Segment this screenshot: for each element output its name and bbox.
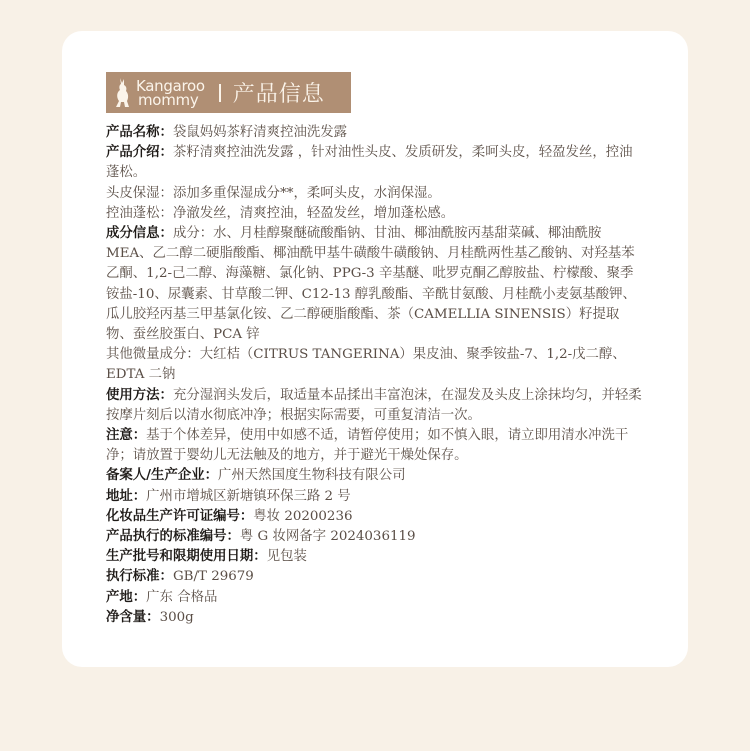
- info-row-standard-no: 产品执行的标准编号：粤 G 妆网备字 2024036119: [106, 527, 644, 547]
- info-label: 成分信息：: [106, 226, 173, 241]
- info-row-net: 净含量：300g: [106, 608, 644, 628]
- info-row-caution: 注意：基于个体差异，使用中如感不适，请暂停使用；如不慎入眼，请立即用清水冲洗干净…: [106, 426, 644, 466]
- info-row-batch: 生产批号和限期使用日期：见包装: [106, 547, 644, 567]
- brand-logo-text: Kangaroo mommy: [136, 79, 205, 107]
- info-value: 广州天然国度生物科技有限公司: [218, 468, 405, 483]
- brand-line-2: mommy: [138, 93, 205, 107]
- info-label: 产品名称：: [106, 125, 173, 140]
- info-row-origin: 产地：广东 合格品: [106, 588, 644, 608]
- info-label: 生产批号和限期使用日期：: [106, 549, 267, 564]
- info-label: 头皮保湿：: [106, 186, 173, 201]
- info-value: 粤妆 20200236: [253, 509, 352, 524]
- info-row-exec-standard: 执行标准：GB/T 29679: [106, 567, 644, 587]
- info-value: 300g: [160, 610, 194, 625]
- info-row-trace: 其他微量成分：大红桔（CITRUS TANGERINA）果皮油、聚季铵盐-7、1…: [106, 345, 644, 385]
- info-row-scalp: 头皮保湿：添加多重保湿成分**，柔呵头皮，水润保湿。: [106, 184, 644, 204]
- info-label: 使用方法：: [106, 388, 173, 403]
- info-row-ingredients: 成分信息：成分：水、月桂醇聚醚硫酸酯钠、甘油、椰油酰胺丙基甜菜碱、椰油酰胺 ME…: [106, 224, 644, 345]
- info-value: 粤 G 妆网备字 2024036119: [240, 529, 416, 544]
- product-info-card: Kangaroo mommy 产品信息 产品名称：袋鼠妈妈茶籽清爽控油洗发露 产…: [62, 31, 688, 667]
- info-row-address: 地址：广州市增城区新塘镇环保三路 2 号: [106, 487, 644, 507]
- info-label: 地址：: [106, 489, 146, 504]
- divider: [219, 84, 221, 102]
- info-value: 成分：水、月桂醇聚醚硫酸酯钠、甘油、椰油酰胺丙基甜菜碱、椰油酰胺 MEA、乙二醇…: [106, 226, 636, 342]
- info-row-manufacturer: 备案人/生产企业：广州天然国度生物科技有限公司: [106, 466, 644, 486]
- info-row-name: 产品名称：袋鼠妈妈茶籽清爽控油洗发露: [106, 123, 644, 143]
- info-label: 注意：: [106, 428, 146, 443]
- info-value: 充分湿润头发后，取适量本品揉出丰富泡沫，在湿发及头皮上涂抹均匀，并轻柔按摩片刻后…: [106, 388, 642, 423]
- info-label: 备案人/生产企业：: [106, 468, 218, 483]
- info-label: 其他微量成分：: [106, 347, 200, 362]
- info-label: 化妆品生产许可证编号：: [106, 509, 253, 524]
- info-value: 广东 合格品: [146, 590, 217, 605]
- info-value: 茶籽清爽控油洗发露 ，针对油性头皮、发质研发，柔呵头皮，轻盈发丝，控油蓬松。: [106, 145, 633, 180]
- kangaroo-icon: [112, 76, 134, 110]
- info-value: 基于个体差异，使用中如感不适，请暂停使用；如不慎入眼，请立即用清水冲洗干净；请放…: [106, 428, 628, 463]
- info-value: 见包装: [267, 549, 307, 564]
- info-label: 产地：: [106, 590, 146, 605]
- info-row-usage: 使用方法：充分湿润头发后，取适量本品揉出丰富泡沫，在湿发及头皮上涂抹均匀，并轻柔…: [106, 386, 644, 426]
- brand-banner: Kangaroo mommy 产品信息: [106, 72, 351, 113]
- info-row-oil-control: 控油蓬松：净澈发丝，清爽控油，轻盈发丝，增加蓬松感。: [106, 204, 644, 224]
- info-value: 净澈发丝，清爽控油，轻盈发丝，增加蓬松感。: [173, 206, 454, 221]
- info-value: 添加多重保湿成分**，柔呵头皮，水润保湿。: [173, 186, 441, 201]
- section-title: 产品信息: [233, 77, 325, 108]
- info-value: GB/T 29679: [173, 569, 254, 584]
- info-value: 广州市增城区新塘镇环保三路 2 号: [146, 489, 351, 504]
- info-row-intro: 产品介绍：茶籽清爽控油洗发露 ，针对油性头皮、发质研发，柔呵头皮，轻盈发丝，控油…: [106, 143, 644, 183]
- info-label: 控油蓬松：: [106, 206, 173, 221]
- info-label: 产品介绍：: [106, 145, 173, 160]
- info-label: 净含量：: [106, 610, 160, 625]
- info-value: 袋鼠妈妈茶籽清爽控油洗发露: [173, 125, 347, 140]
- product-info-list: 产品名称：袋鼠妈妈茶籽清爽控油洗发露 产品介绍：茶籽清爽控油洗发露 ，针对油性头…: [106, 123, 644, 628]
- info-label: 产品执行的标准编号：: [106, 529, 240, 544]
- info-row-license: 化妆品生产许可证编号：粤妆 20200236: [106, 507, 644, 527]
- info-label: 执行标准：: [106, 569, 173, 584]
